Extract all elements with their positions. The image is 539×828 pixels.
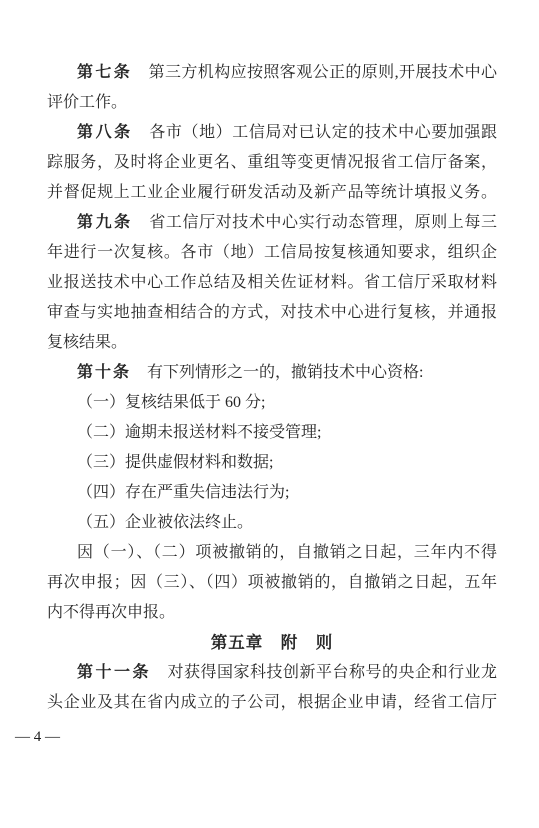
line-text: 对获得国家科技创新平台称号的央企和行业龙 — [151, 664, 497, 681]
doc-line-list-item-4: （四）存在严重失信违法行为; — [47, 478, 497, 508]
line-text: 并督促规上工业企业履行研发活动及新产品等统计填报义务。 — [47, 184, 497, 201]
doc-line: 踪服务，及时将企业更名、重组等变更情况报省工信厅备案， — [47, 148, 497, 178]
line-text: 复核结果。 — [47, 334, 127, 351]
line-text: 第三方机构应按照客观公正的原则,开展技术中心 — [132, 64, 497, 81]
article-number: 第八条 — [77, 124, 133, 141]
article-number: 第十条 — [77, 364, 131, 381]
line-text: 业报送技术中心工作总结及相关佐证材料。省工信厅采取材料 — [47, 274, 497, 291]
doc-line-article-9: 第九条 省工信厅对技术中心实行动态管理，原则上每三 — [47, 208, 497, 238]
doc-line-article-8: 第八条 各市（地）工信局对已认定的技术中心要加强跟 — [47, 118, 497, 148]
doc-line: 业报送技术中心工作总结及相关佐证材料。省工信厅采取材料 — [47, 268, 497, 298]
line-text: （三）提供虚假材料和数据; — [77, 454, 273, 471]
doc-line-article-7: 第七条 第三方机构应按照客观公正的原则,开展技术中心 — [47, 58, 497, 88]
line-text: 踪服务，及时将企业更名、重组等变更情况报省工信厅备案， — [47, 154, 497, 171]
line-text: 省工信厅对技术中心实行动态管理，原则上每三 — [133, 214, 497, 231]
doc-line: 并督促规上工业企业履行研发活动及新产品等统计填报义务。 — [47, 178, 497, 208]
doc-line: 年进行一次复核。各市（地）工信局按复核通知要求，组织企 — [47, 238, 497, 268]
line-text: 评价工作。 — [47, 94, 127, 111]
article-number: 第九条 — [77, 214, 133, 231]
doc-line-article-10: 第十条 有下列情形之一的，撤销技术中心资格: — [47, 358, 497, 388]
chapter-heading: 第五章 附 则 — [47, 628, 497, 658]
doc-line: 审查与实地抽查相结合的方式，对技术中心进行复核，并通报 — [47, 298, 497, 328]
doc-line: 复核结果。 — [47, 328, 497, 358]
doc-line: 内不得再次申报。 — [47, 598, 497, 628]
chapter-heading-text: 第五章 附 则 — [211, 634, 334, 652]
page-number: — 4 — — [15, 729, 60, 745]
line-text: 再次申报；因（三）、（四）项被撤销的，自撤销之日起，五年 — [47, 574, 497, 591]
line-text: 因（一）、（二）项被撤销的，自撤销之日起，三年内不得 — [77, 544, 497, 561]
doc-line: 头企业及其在省内成立的子公司，根据企业申请，经省工信厅 — [47, 688, 497, 718]
page-footer: — 4 — — [0, 727, 539, 747]
line-text: 各市（地）工信局对已认定的技术中心要加强跟 — [133, 124, 497, 141]
doc-line-list-item-5: （五）企业被依法终止。 — [47, 508, 497, 538]
doc-line-article-11: 第十一条 对获得国家科技创新平台称号的央企和行业龙 — [47, 658, 497, 688]
line-text: （四）存在严重失信违法行为; — [77, 484, 289, 501]
line-text: 头企业及其在省内成立的子公司，根据企业申请，经省工信厅 — [47, 694, 497, 711]
line-text: 内不得再次申报。 — [47, 604, 175, 621]
line-text: （五）企业被依法终止。 — [77, 514, 253, 531]
doc-line-list-item-3: （三）提供虚假材料和数据; — [47, 448, 497, 478]
line-text: 有下列情形之一的，撤销技术中心资格: — [131, 364, 423, 381]
doc-line: 因（一）、（二）项被撤销的，自撤销之日起，三年内不得 — [47, 538, 497, 568]
doc-line-list-item-1: （一）复核结果低于 60 分; — [47, 388, 497, 418]
line-text: 审查与实地抽查相结合的方式，对技术中心进行复核，并通报 — [47, 304, 497, 321]
document-page: 第七条 第三方机构应按照客观公正的原则,开展技术中心 评价工作。 第八条 各市（… — [0, 0, 539, 828]
document-body: 第七条 第三方机构应按照客观公正的原则,开展技术中心 评价工作。 第八条 各市（… — [0, 0, 539, 718]
doc-line: 再次申报；因（三）、（四）项被撤销的，自撤销之日起，五年 — [47, 568, 497, 598]
line-text: （二）逾期未报送材料不接受管理; — [77, 424, 321, 441]
article-number: 第七条 — [77, 64, 132, 81]
doc-line-list-item-2: （二）逾期未报送材料不接受管理; — [47, 418, 497, 448]
article-number: 第十一条 — [77, 664, 151, 681]
doc-line: 评价工作。 — [47, 88, 497, 118]
line-text: 年进行一次复核。各市（地）工信局按复核通知要求，组织企 — [47, 244, 497, 261]
line-text: （一）复核结果低于 60 分; — [77, 394, 265, 411]
